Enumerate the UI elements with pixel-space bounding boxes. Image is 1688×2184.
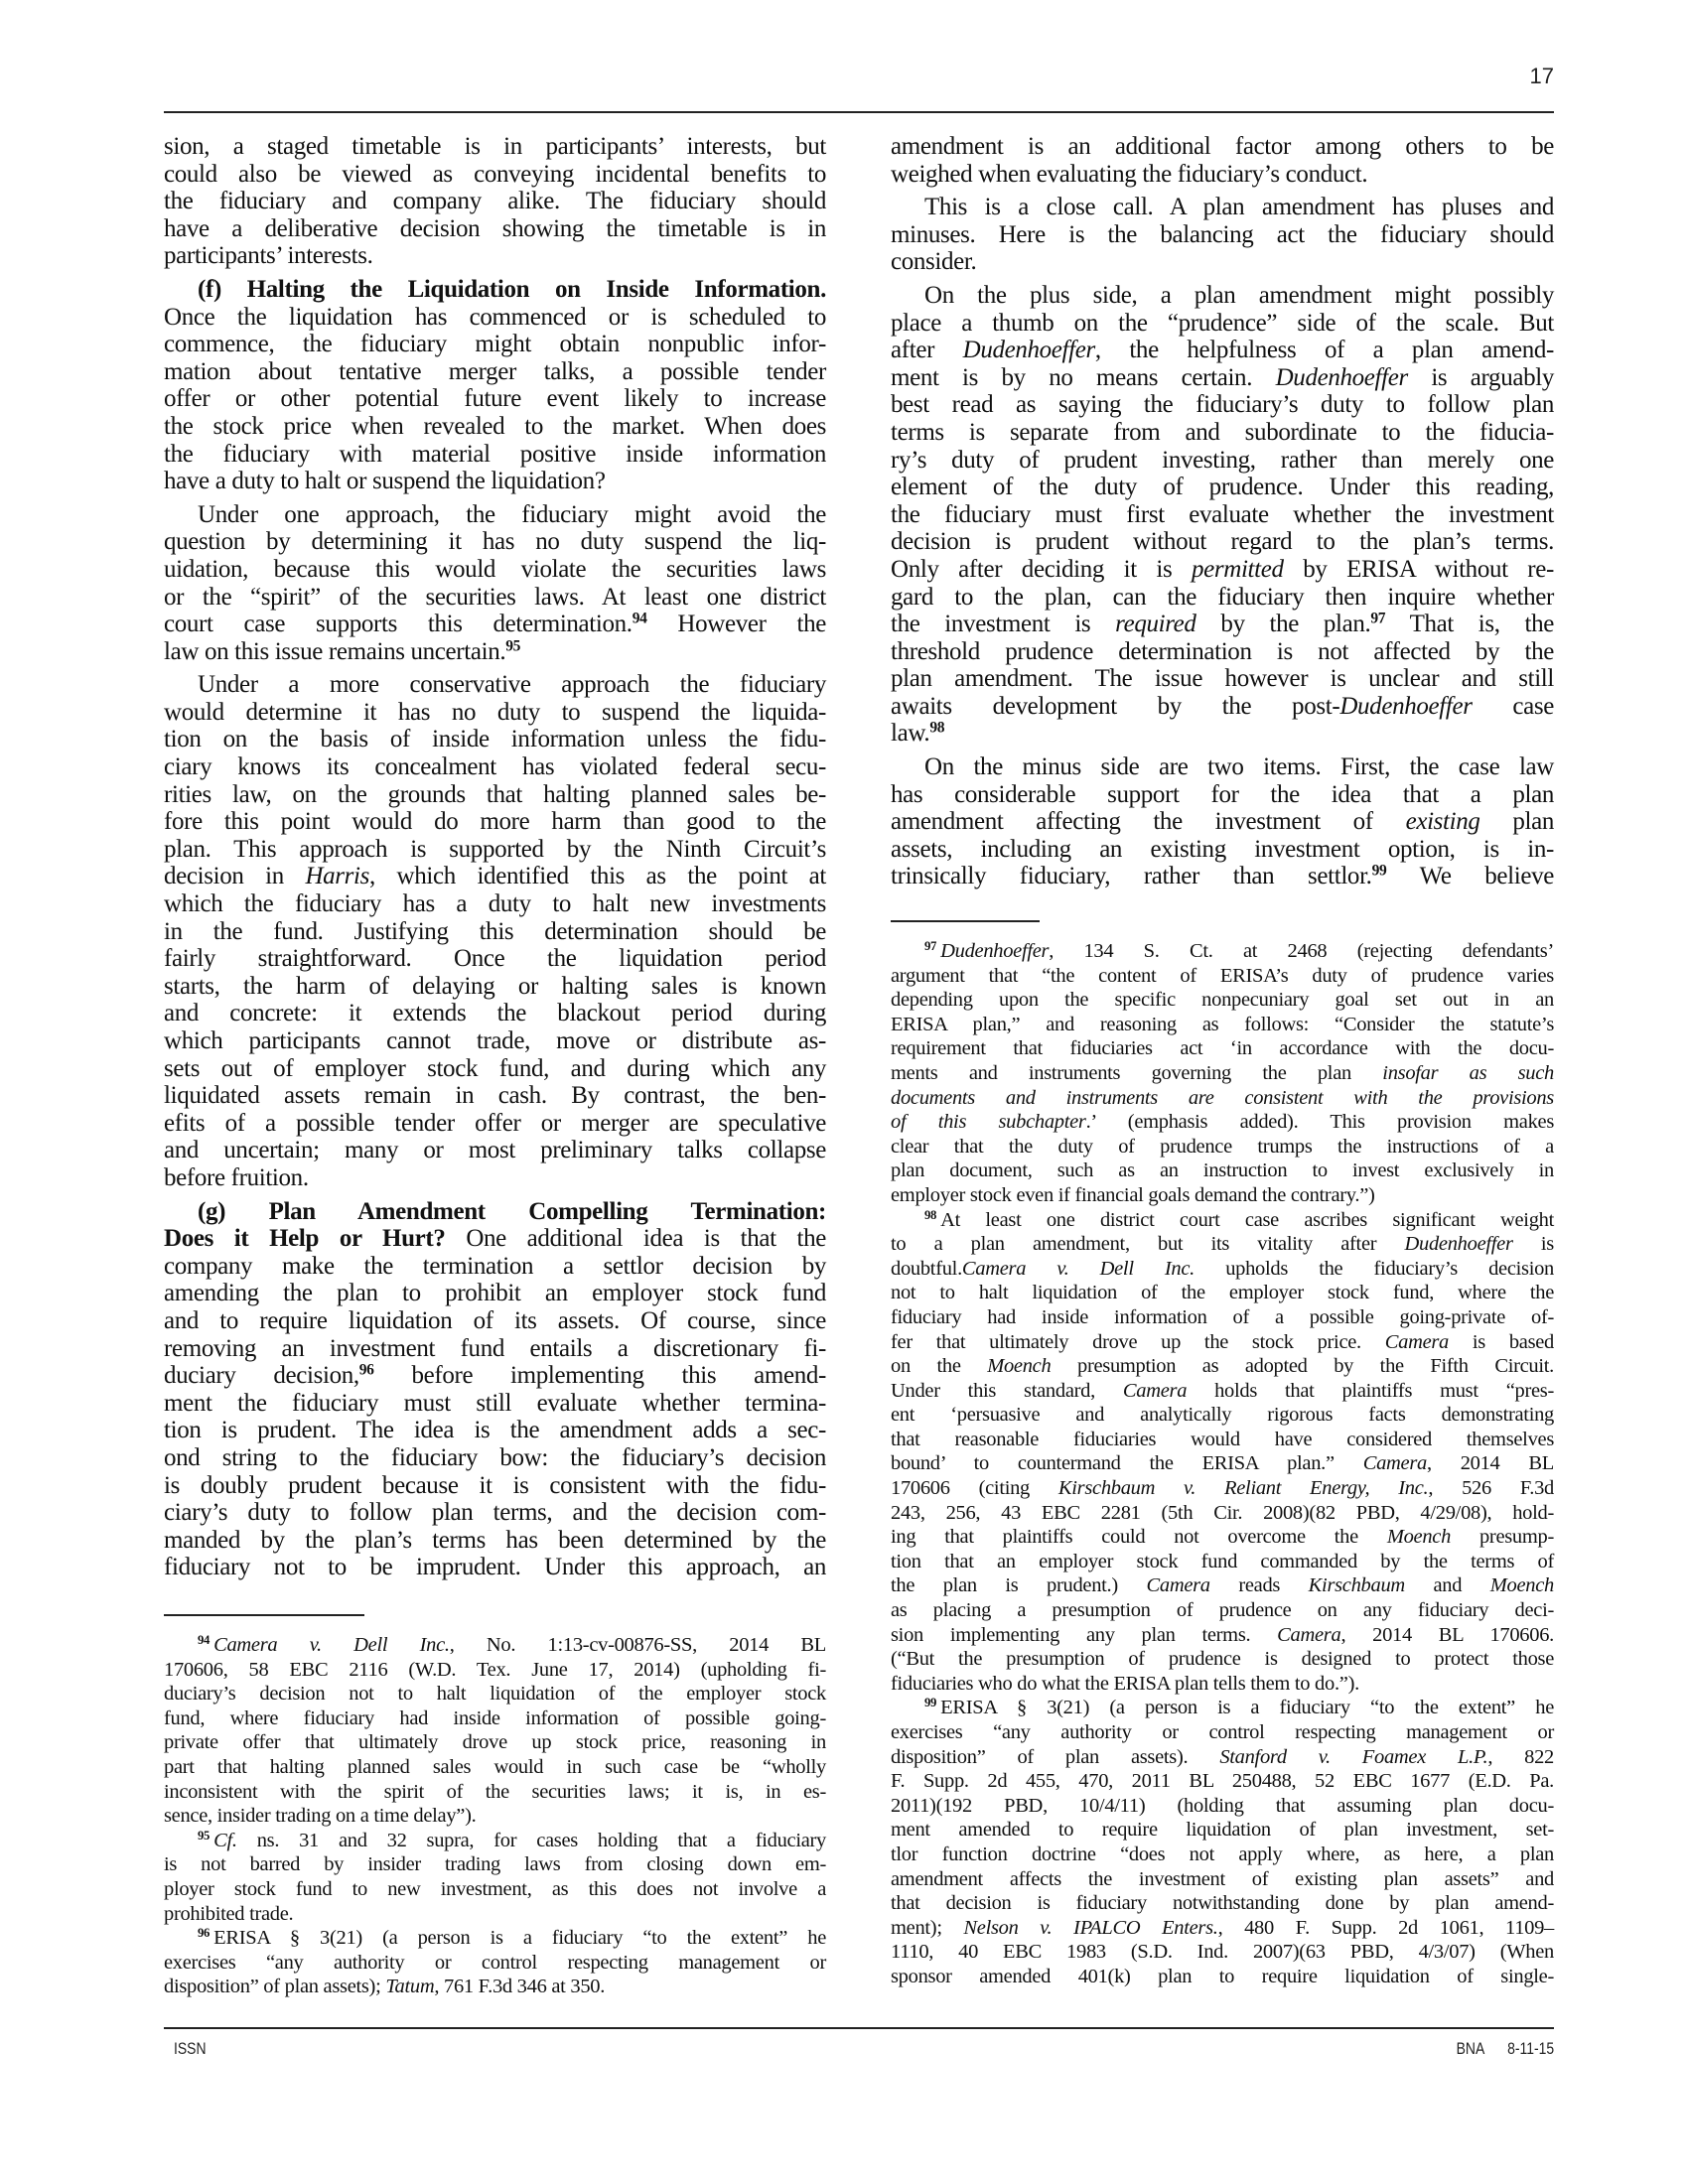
text-run[interactable]: However the bbox=[647, 611, 826, 637]
text-run[interactable]: 170606 (citing bbox=[891, 1477, 1058, 1499]
text-run[interactable]: , 526 F.3d bbox=[1428, 1477, 1554, 1499]
text-run[interactable]: tlor function doctrine “does not apply w… bbox=[891, 1843, 1554, 1865]
section-heading: (f) Halting the Liquidation on Inside In… bbox=[198, 276, 826, 303]
text-run[interactable]: weighed when evaluating the fiduciary’s … bbox=[891, 161, 1367, 188]
text-line: participants’ interests. bbox=[164, 242, 826, 270]
footnote-96: 96ERISA § 3(21) (a person is a fiduciary… bbox=[164, 1926, 826, 1999]
text-run[interactable]: ry’s duty of prudent investing, rather t… bbox=[891, 447, 1554, 474]
text-run[interactable]: plan. This approach is supported by the … bbox=[164, 836, 826, 863]
text-line: ment amended to require liquidation of p… bbox=[891, 1818, 1554, 1843]
text-line: fiduciary had inside information of a po… bbox=[891, 1305, 1554, 1330]
text-run[interactable]: ments and instruments governing the plan bbox=[891, 1062, 1382, 1084]
text-run[interactable]: disposition” of plan assets). bbox=[891, 1746, 1219, 1768]
text-run[interactable]: by ERISA without re- bbox=[1284, 556, 1554, 583]
text-run[interactable]: Once the liquidation has commenced or is… bbox=[164, 304, 826, 331]
text-line: ond string to the fiduciary bow: the fid… bbox=[164, 1444, 826, 1472]
italic-citation: Dudenhoeffer bbox=[1405, 1233, 1513, 1255]
italic-citation: Kirschbaum bbox=[1309, 1574, 1405, 1596]
text-run[interactable]: the fiduciary and company alike. The fid… bbox=[164, 188, 826, 214]
text-run[interactable]: ciary’s duty to follow plan terms, and t… bbox=[164, 1499, 826, 1526]
text-run[interactable]: employer stock even if financial goals d… bbox=[891, 1184, 1375, 1206]
left-footnotes: 94Camera v. Dell Inc., No. 1:13-cv-00876… bbox=[164, 1633, 826, 1999]
text-run[interactable]: , 2014 BL 170606. bbox=[1340, 1624, 1554, 1646]
text-run[interactable]: and uncertain; many or most preliminary … bbox=[164, 1137, 826, 1163]
text-line: 95Cf. ns. 31 and 32 supra, for cases hol… bbox=[164, 1829, 826, 1853]
italic-citation: Camera v. Dell Inc. bbox=[962, 1258, 1195, 1280]
text-run[interactable]: We believe bbox=[1386, 863, 1554, 889]
paragraph: amendment is an additional factor among … bbox=[891, 133, 1554, 188]
text-run[interactable]: plan bbox=[1480, 808, 1554, 835]
paragraph: On the plus side, a plan amendment might… bbox=[891, 282, 1554, 748]
text-line: 98At least one district court case ascri… bbox=[891, 1208, 1554, 1233]
text-run[interactable]: fiduciary had inside information of a po… bbox=[891, 1306, 1554, 1328]
text-line: assets, including an existing investment… bbox=[891, 836, 1554, 864]
footnote-reference[interactable]: 97 bbox=[1370, 611, 1385, 627]
text-run[interactable]: prohibited trade. bbox=[164, 1903, 293, 1925]
text-run[interactable]: participants’ interests. bbox=[164, 242, 373, 269]
section-heading: Does it Help or Hurt? bbox=[164, 1225, 446, 1252]
text-run[interactable]: is based bbox=[1449, 1331, 1554, 1353]
italic-citation: documents and instruments are consistent… bbox=[891, 1087, 1554, 1109]
text-line: 1110, 40 EBC 1983 (S.D. Ind. 2007)(63 PB… bbox=[891, 1940, 1554, 1965]
text-line: amendment affecting the investment of ex… bbox=[891, 808, 1554, 836]
text-line: the plan is prudent.) Camera reads Kirsc… bbox=[891, 1573, 1554, 1598]
italic-citation: Camera bbox=[1147, 1574, 1210, 1596]
text-line: (f) Halting the Liquidation on Inside In… bbox=[164, 276, 826, 304]
italic-citation: Camera bbox=[1385, 1331, 1449, 1353]
text-line: awaits development by the post-Dudenhoef… bbox=[891, 693, 1554, 721]
text-run[interactable]: amendment is an additional factor among … bbox=[891, 133, 1554, 160]
text-run[interactable]: ond string to the fiduciary bow: the fid… bbox=[164, 1444, 826, 1471]
text-run[interactable]: gard to the plan, can the fiduciary then… bbox=[891, 584, 1554, 611]
text-line: mation about tentative merger talks, a p… bbox=[164, 358, 826, 386]
text-run[interactable]: and to require liquidation of its assets… bbox=[164, 1307, 826, 1334]
italic-citation: Camera v. Dell Inc. bbox=[213, 1634, 450, 1656]
text-line: has considerable support for the idea th… bbox=[891, 781, 1554, 809]
text-run[interactable]: , No. 1:13-cv-00876-SS, 2014 BL bbox=[450, 1634, 826, 1656]
text-line: disposition” of plan assets). Stanford v… bbox=[891, 1745, 1554, 1770]
text-line: question by determining it has no duty s… bbox=[164, 528, 826, 556]
text-line: (“But the presumption of prudence is des… bbox=[891, 1647, 1554, 1672]
text-run[interactable]: uidation, because this would violate the… bbox=[164, 556, 826, 583]
text-run[interactable]: law on this issue remains uncertain. bbox=[164, 638, 505, 665]
text-line: of this subchapter.’ (emphasis added). T… bbox=[891, 1110, 1554, 1135]
text-run[interactable]: have a deliberative decision showing the… bbox=[164, 215, 826, 242]
text-line: doubtful.Camera v. Dell Inc. upholds the… bbox=[891, 1257, 1554, 1282]
text-run[interactable]: 2011)(192 PBD, 10/4/11) (holding that as… bbox=[891, 1795, 1554, 1817]
text-run[interactable]: awaits development by the post- bbox=[891, 693, 1339, 720]
text-line: the fiduciary and company alike. The fid… bbox=[164, 188, 826, 215]
text-run[interactable]: .’ (emphasis added). This provision make… bbox=[1086, 1111, 1554, 1133]
text-run[interactable]: , 822 bbox=[1487, 1746, 1554, 1768]
text-line: fore this point would do more harm than … bbox=[164, 808, 826, 836]
text-run[interactable]: as placing a presumption of prudence on … bbox=[891, 1599, 1554, 1621]
text-run[interactable]: is arguably bbox=[1408, 364, 1554, 391]
text-run[interactable]: in the fund. Justifying this determinati… bbox=[164, 918, 826, 945]
text-run[interactable]: manded by the plan’s terms has been dete… bbox=[164, 1527, 826, 1554]
text-line: the fiduciary with material positive ins… bbox=[164, 441, 826, 469]
text-run[interactable]: and concrete: it extends the blackout pe… bbox=[164, 1000, 826, 1026]
text-run[interactable]: sponsor amended 401(k) plan to require l… bbox=[891, 1966, 1554, 1987]
text-line: duciary decision,96 before implementing … bbox=[164, 1362, 826, 1390]
italic-citation: Moench bbox=[987, 1355, 1051, 1377]
text-line: ciary’s duty to follow plan terms, and t… bbox=[164, 1499, 826, 1527]
text-run[interactable]: ERISA § 3(21) (a person is a fiduciary “… bbox=[213, 1927, 826, 1949]
text-line: 243, 256, 43 EBC 2281 (5th Cir. 2008)(82… bbox=[891, 1501, 1554, 1526]
text-run[interactable]: rities law, on the grounds that halting … bbox=[164, 781, 826, 808]
text-run[interactable]: which the fiduciary has a duty to halt n… bbox=[164, 890, 826, 917]
text-run[interactable]: or the “spirit” of the securities laws. … bbox=[164, 584, 826, 611]
text-line: Under a more conservative approach the f… bbox=[164, 671, 826, 699]
text-run[interactable]: before fruition. bbox=[164, 1164, 309, 1191]
text-run[interactable]: At least one district court case ascribe… bbox=[940, 1209, 1554, 1231]
footnote-reference[interactable]: 99 bbox=[1372, 863, 1387, 880]
text-run[interactable]: assets, including an existing investment… bbox=[891, 836, 1554, 863]
text-line: the stock price when revealed to the mar… bbox=[164, 413, 826, 441]
text-run[interactable]: fer that ultimately drove up the stock p… bbox=[891, 1331, 1385, 1353]
text-run[interactable]: disposition” of plan assets); bbox=[164, 1976, 385, 1997]
text-line: ment); Nelson v. IPALCO Enters., 480 F. … bbox=[891, 1916, 1554, 1941]
text-run[interactable]: sence, insider trading on a time delay”)… bbox=[164, 1805, 476, 1827]
text-run[interactable]: ment is by no means certain. bbox=[891, 364, 1276, 391]
text-run[interactable]: trinsically fiduciary, rather than settl… bbox=[891, 863, 1372, 889]
text-line: sets out of employer stock fund, and dur… bbox=[164, 1055, 826, 1083]
text-line: exercises “any authority or control resp… bbox=[891, 1720, 1554, 1745]
italic-citation: of this subchapter bbox=[891, 1111, 1086, 1133]
text-run[interactable]: the plan is prudent.) bbox=[891, 1574, 1147, 1596]
paragraph: sion, a staged timetable is in participa… bbox=[164, 133, 826, 270]
text-run[interactable]: is doubly prudent because it is consiste… bbox=[164, 1472, 826, 1499]
text-line: the fiduciary must first evaluate whethe… bbox=[891, 501, 1554, 529]
text-run[interactable]: One additional idea is that the bbox=[446, 1225, 826, 1252]
italic-citation: existing bbox=[1406, 808, 1480, 835]
text-line: that decision is fiduciary notwithstandi… bbox=[891, 1891, 1554, 1916]
text-run[interactable]: , the helpfulness of a plan amend- bbox=[1095, 337, 1554, 363]
text-line: sion implementing any plan terms. Camera… bbox=[891, 1623, 1554, 1648]
text-line: 2011)(192 PBD, 10/4/11) (holding that as… bbox=[891, 1794, 1554, 1819]
text-run[interactable]: fairly straightforward. Once the liquida… bbox=[164, 945, 826, 972]
text-line: fiduciaries who do what the ERISA plan t… bbox=[891, 1672, 1554, 1697]
text-run[interactable]: consider. bbox=[891, 248, 976, 275]
text-line: to a plan amendment, but its vitality af… bbox=[891, 1232, 1554, 1257]
text-run[interactable]: the stock price when revealed to the mar… bbox=[164, 413, 826, 440]
text-run[interactable]: duciary decision, bbox=[164, 1362, 359, 1389]
text-line: and concrete: it extends the blackout pe… bbox=[164, 1000, 826, 1027]
text-run[interactable]: case bbox=[1473, 693, 1554, 720]
text-run[interactable]: removing an investment fund entails a di… bbox=[164, 1335, 826, 1362]
text-run[interactable]: Under this standard, bbox=[891, 1380, 1123, 1402]
text-line: could also be viewed as conveying incide… bbox=[164, 161, 826, 189]
text-line: (g) Plan Amendment Compelling Terminatio… bbox=[164, 1198, 826, 1226]
italic-citation: Dudenhoeffer bbox=[963, 337, 1095, 363]
text-line: trinsically fiduciary, rather than settl… bbox=[891, 863, 1554, 890]
text-line: court case supports this determination.9… bbox=[164, 611, 826, 638]
text-line: or the “spirit” of the securities laws. … bbox=[164, 584, 826, 612]
text-run[interactable]: On the minus side are two items. First, … bbox=[924, 753, 1554, 780]
text-line: Under this standard, Camera holds that p… bbox=[891, 1379, 1554, 1404]
right-footnote-separator bbox=[891, 920, 1040, 922]
text-line: plan amendment. The issue however is unc… bbox=[891, 665, 1554, 693]
text-line: tion that an employer stock fund command… bbox=[891, 1550, 1554, 1574]
text-line: depending upon the specific nonpecuniary… bbox=[891, 988, 1554, 1013]
text-line: is not barred by insider trading laws fr… bbox=[164, 1852, 826, 1877]
text-run[interactable]: plan amendment. The issue however is unc… bbox=[891, 665, 1554, 692]
text-run[interactable]: by the plan. bbox=[1196, 611, 1371, 637]
text-run[interactable]: on the bbox=[891, 1355, 987, 1377]
text-run[interactable]: sion implementing any plan terms. bbox=[891, 1624, 1277, 1646]
footnote-reference[interactable]: 96 bbox=[359, 1362, 374, 1379]
paragraph: (f) Halting the Liquidation on Inside In… bbox=[164, 276, 826, 495]
italic-citation: Moench bbox=[1387, 1526, 1451, 1548]
text-run[interactable]: question by determining it has no duty s… bbox=[164, 528, 826, 555]
text-line: Once the liquidation has commenced or is… bbox=[164, 304, 826, 332]
italic-citation: Dudenhoeffer bbox=[940, 940, 1049, 962]
text-line: plan document, such as an instruction to… bbox=[891, 1159, 1554, 1183]
text-run[interactable]: F. Supp. 2d 455, 470, 2011 BL 250488, 52… bbox=[891, 1770, 1554, 1792]
text-run[interactable]: argument that “the content of ERISA’s du… bbox=[891, 965, 1554, 987]
text-run[interactable]: terms is separate from and subordinate t… bbox=[891, 419, 1554, 446]
text-line: liquidated assets remain in cash. By con… bbox=[164, 1082, 826, 1110]
text-line: consider. bbox=[891, 248, 1554, 276]
text-run[interactable]: could also be viewed as conveying incide… bbox=[164, 161, 826, 188]
text-run[interactable]: minuses. Here is the balancing act the f… bbox=[891, 221, 1554, 248]
text-run[interactable]: amendment affects the investment of exis… bbox=[891, 1868, 1554, 1890]
text-run[interactable]: exercises “any authority or control resp… bbox=[164, 1952, 826, 1974]
text-run[interactable]: ERISA § 3(21) (a person is a fiduciary “… bbox=[940, 1697, 1554, 1718]
text-run[interactable]: bound’ to countermand the ERISA plan.” bbox=[891, 1452, 1363, 1474]
text-run[interactable]: the fiduciary with material positive ins… bbox=[164, 441, 826, 468]
footnote-reference[interactable]: 95 bbox=[505, 637, 520, 654]
text-line: ment is by no means certain. Dudenhoeffe… bbox=[891, 364, 1554, 392]
text-run[interactable]: decision is prudent without regard to th… bbox=[891, 528, 1554, 555]
text-run[interactable]: amendment affecting the investment of bbox=[891, 808, 1406, 835]
text-run[interactable]: presump- bbox=[1451, 1526, 1554, 1548]
text-run[interactable]: That is, the bbox=[1385, 611, 1554, 637]
text-line: This is a close call. A plan amendment h… bbox=[891, 194, 1554, 221]
text-line: tlor function doctrine “does not apply w… bbox=[891, 1843, 1554, 1867]
text-run[interactable]: would determine it has no duty to suspen… bbox=[164, 699, 826, 726]
text-run[interactable]: offer or other potential future event li… bbox=[164, 385, 826, 412]
text-run[interactable]: the fiduciary must first evaluate whethe… bbox=[891, 501, 1554, 528]
text-run[interactable]: to a plan amendment, but its vitality af… bbox=[891, 1233, 1405, 1255]
text-line: threshold prudence determination is not … bbox=[891, 638, 1554, 666]
footnote-reference[interactable]: 94 bbox=[633, 611, 647, 627]
text-line: decision in Harris, which identified thi… bbox=[164, 863, 826, 890]
text-line: that reasonable fiduciaries would have c… bbox=[891, 1428, 1554, 1452]
text-run[interactable]: Under a more conservative approach the f… bbox=[198, 671, 826, 698]
text-run[interactable]: ERISA plan,” and reasoning as follows: “… bbox=[891, 1014, 1554, 1035]
text-run[interactable]: ment the fiduciary must still evaluate w… bbox=[164, 1390, 826, 1417]
text-line: bound’ to countermand the ERISA plan.” C… bbox=[891, 1451, 1554, 1476]
text-run[interactable]: tion is prudent. The idea is the amendme… bbox=[164, 1417, 826, 1443]
section-heading: (g) Plan Amendment Compelling Terminatio… bbox=[198, 1198, 826, 1225]
left-column: sion, a staged timetable is in participa… bbox=[164, 0, 826, 2025]
text-run[interactable]: ent ‘persuasive and analytically rigorou… bbox=[891, 1404, 1554, 1426]
text-run[interactable]: fiduciaries who do what the ERISA plan t… bbox=[891, 1673, 1359, 1695]
text-line: prohibited trade. bbox=[164, 1902, 826, 1927]
text-run[interactable]: which participants cannot trade, move or… bbox=[164, 1027, 826, 1054]
text-line: tion is prudent. The idea is the amendme… bbox=[164, 1417, 826, 1444]
paragraph: (g) Plan Amendment Compelling Terminatio… bbox=[164, 1198, 826, 1581]
text-run[interactable]: fiduciary not to be imprudent. Under thi… bbox=[164, 1554, 826, 1580]
text-line: and to require liquidation of its assets… bbox=[164, 1307, 826, 1335]
paragraph: Under a more conservative approach the f… bbox=[164, 671, 826, 1191]
left-body-text: sion, a staged timetable is in participa… bbox=[164, 133, 826, 1581]
text-run[interactable]: presumption as adopted by the Fifth Circ… bbox=[1051, 1355, 1554, 1377]
text-run[interactable]: that reasonable fiduciaries would have c… bbox=[891, 1429, 1554, 1450]
text-line: before fruition. bbox=[164, 1164, 826, 1192]
text-line: on the Moench presumption as adopted by … bbox=[891, 1354, 1554, 1379]
text-line: in the fund. Justifying this determinati… bbox=[164, 918, 826, 946]
text-line: is doubly prudent because it is consiste… bbox=[164, 1472, 826, 1500]
text-run[interactable]: 1110, 40 EBC 1983 (S.D. Ind. 2007)(63 PB… bbox=[891, 1941, 1554, 1963]
text-run[interactable]: law. bbox=[891, 720, 929, 747]
text-line: 170606, 58 EBC 2116 (W.D. Tex. June 17, … bbox=[164, 1658, 826, 1683]
text-run[interactable]: ns. 31 and 32 supra, for cases holding t… bbox=[237, 1830, 826, 1851]
text-run[interactable]: that decision is fiduciary notwithstandi… bbox=[891, 1892, 1554, 1914]
issn-label: ISSN bbox=[174, 2039, 207, 2059]
footnote-number: 95 bbox=[198, 1829, 210, 1843]
text-run[interactable]: ing that plaintiffs could not overcome t… bbox=[891, 1526, 1387, 1548]
text-run[interactable]: , 761 F.3d 346 at 350. bbox=[434, 1976, 605, 1997]
text-line: manded by the plan’s terms has been dete… bbox=[164, 1527, 826, 1555]
text-run[interactable]: private offer that ultimately drove up s… bbox=[164, 1731, 826, 1753]
text-line: weighed when evaluating the fiduciary’s … bbox=[891, 161, 1554, 189]
text-run[interactable]: (“But the presumption of prudence is des… bbox=[891, 1648, 1554, 1670]
text-run[interactable]: ment); bbox=[891, 1917, 963, 1939]
text-line: inconsistent with the spirit of the secu… bbox=[164, 1780, 826, 1805]
italic-citation: required bbox=[1115, 611, 1196, 637]
text-run[interactable]: starts, the harm of delaying or halting … bbox=[164, 973, 826, 1000]
text-line: minuses. Here is the balancing act the f… bbox=[891, 221, 1554, 249]
text-run[interactable]: exercises “any authority or control resp… bbox=[891, 1721, 1554, 1743]
text-run[interactable]: tion that an employer stock fund command… bbox=[891, 1551, 1554, 1572]
text-line: which participants cannot trade, move or… bbox=[164, 1027, 826, 1055]
text-run[interactable]: sets out of employer stock fund, and dur… bbox=[164, 1055, 826, 1082]
text-run[interactable]: company make the termination a settlor d… bbox=[164, 1253, 826, 1280]
text-line: clear that the duty of prudence trumps t… bbox=[891, 1135, 1554, 1160]
italic-citation: Tatum bbox=[385, 1976, 434, 1997]
text-run[interactable]: , 2014 BL bbox=[1427, 1452, 1554, 1474]
text-line: sence, insider trading on a time delay”)… bbox=[164, 1804, 826, 1829]
text-line: exercises “any authority or control resp… bbox=[164, 1951, 826, 1976]
text-run[interactable]: Only after deciding it is bbox=[891, 556, 1192, 583]
text-line: part that halting planned sales would in… bbox=[164, 1755, 826, 1780]
text-run[interactable]: liquidated assets remain in cash. By con… bbox=[164, 1082, 826, 1109]
text-line: ments and instruments governing the plan… bbox=[891, 1061, 1554, 1086]
text-line: ployer stock fund to new investment, as … bbox=[164, 1877, 826, 1902]
text-run[interactable]: Under one approach, the fiduciary might … bbox=[198, 501, 826, 528]
italic-citation: Nelson v. IPALCO Enters. bbox=[963, 1917, 1217, 1939]
text-run[interactable]: ployer stock fund to new investment, as … bbox=[164, 1878, 826, 1900]
text-run[interactable]: , 134 S. Ct. at 2468 (rejecting defendan… bbox=[1049, 940, 1554, 962]
italic-citation: Cf. bbox=[213, 1830, 237, 1851]
text-line: starts, the harm of delaying or halting … bbox=[164, 973, 826, 1001]
italic-citation: Camera bbox=[1277, 1624, 1340, 1646]
text-run[interactable]: fund, where fiduciary had inside informa… bbox=[164, 1707, 826, 1729]
text-line: place a thumb on the “prudence” side of … bbox=[891, 310, 1554, 338]
italic-citation: permitted bbox=[1192, 556, 1284, 583]
text-run[interactable]: mation about tentative merger talks, a p… bbox=[164, 358, 826, 385]
text-run[interactable]: tion on the basis of inside information … bbox=[164, 726, 826, 752]
text-run[interactable]: part that halting planned sales would in… bbox=[164, 1756, 826, 1778]
text-line: On the minus side are two items. First, … bbox=[891, 753, 1554, 781]
text-run[interactable]: 170606, 58 EBC 2116 (W.D. Tex. June 17, … bbox=[164, 1659, 826, 1681]
text-run[interactable]: reads bbox=[1210, 1574, 1309, 1596]
footnote-reference[interactable]: 98 bbox=[929, 720, 944, 737]
text-line: commence, the fiduciary might obtain non… bbox=[164, 331, 826, 358]
text-run[interactable]: fore this point would do more harm than … bbox=[164, 808, 826, 835]
text-line: as placing a presumption of prudence on … bbox=[891, 1598, 1554, 1623]
text-line: duciary’s decision not to halt liquidati… bbox=[164, 1682, 826, 1706]
italic-citation: Stanford v. Foamex L.P. bbox=[1219, 1746, 1487, 1768]
text-line: the investment is required by the plan.9… bbox=[891, 611, 1554, 638]
text-run[interactable]: inconsistent with the spirit of the secu… bbox=[164, 1781, 826, 1803]
text-run[interactable]: is bbox=[1513, 1233, 1554, 1255]
text-run[interactable]: have a duty to halt or suspend the liqui… bbox=[164, 468, 606, 494]
text-run[interactable]: element of the duty of prudence. Under t… bbox=[891, 474, 1554, 500]
text-run[interactable]: 243, 256, 43 EBC 2281 (5th Cir. 2008)(82… bbox=[891, 1502, 1554, 1524]
text-run[interactable]: upholds the fiduciary’s decision bbox=[1195, 1258, 1554, 1280]
text-line: ment the fiduciary must still evaluate w… bbox=[164, 1390, 826, 1418]
text-run[interactable]: has considerable support for the idea th… bbox=[891, 781, 1554, 808]
footnote-number: 94 bbox=[198, 1633, 210, 1647]
italic-citation: Camera bbox=[1363, 1452, 1427, 1474]
text-run[interactable]: clear that the duty of prudence trumps t… bbox=[891, 1136, 1554, 1158]
text-line: amendment affects the investment of exis… bbox=[891, 1867, 1554, 1892]
text-run[interactable]: place a thumb on the “prudence” side of … bbox=[891, 310, 1554, 337]
text-run[interactable]: duciary’s decision not to halt liquidati… bbox=[164, 1683, 826, 1705]
text-line: element of the duty of prudence. Under t… bbox=[891, 474, 1554, 501]
text-line: law on this issue remains uncertain.95 bbox=[164, 638, 826, 666]
text-line: ry’s duty of prudent investing, rather t… bbox=[891, 447, 1554, 475]
text-run[interactable]: court case supports this determination. bbox=[164, 611, 633, 637]
text-run[interactable]: decision in bbox=[164, 863, 305, 889]
paragraph: Under one approach, the fiduciary might … bbox=[164, 501, 826, 666]
text-run[interactable]: efits of a possible tender offer or merg… bbox=[164, 1110, 826, 1137]
text-run[interactable]: after bbox=[891, 337, 963, 363]
text-run[interactable]: ciary knows its concealment has violated… bbox=[164, 753, 826, 780]
text-run[interactable]: This is a close call. A plan amendment h… bbox=[924, 194, 1554, 220]
text-run[interactable]: before implementing this amend- bbox=[374, 1362, 826, 1389]
text-run[interactable]: requirement that fiduciaries act ‘in acc… bbox=[891, 1037, 1554, 1059]
text-run[interactable]: best read as saying the fiduciary’s duty… bbox=[891, 391, 1554, 418]
text-run[interactable]: ment amended to require liquidation of p… bbox=[891, 1819, 1554, 1841]
text-run[interactable]: and bbox=[1405, 1574, 1490, 1596]
footnote-95: 95Cf. ns. 31 and 32 supra, for cases hol… bbox=[164, 1829, 826, 1926]
publisher-date: BNA 8-11-15 bbox=[1457, 2039, 1554, 2059]
footnote-94: 94Camera v. Dell Inc., No. 1:13-cv-00876… bbox=[164, 1633, 826, 1829]
text-run[interactable]: not to halt liquidation of the employer … bbox=[891, 1282, 1554, 1303]
text-line: ERISA plan,” and reasoning as follows: “… bbox=[891, 1013, 1554, 1037]
text-run[interactable]: depending upon the specific nonpecuniary… bbox=[891, 989, 1554, 1011]
text-run[interactable]: , 480 F. Supp. 2d 1061, 1109– bbox=[1218, 1917, 1554, 1939]
text-run[interactable]: sion, a staged timetable is in participa… bbox=[164, 133, 826, 160]
text-run[interactable]: , which identified this as the point at bbox=[369, 863, 826, 889]
text-run[interactable]: On the plus side, a plan amendment might… bbox=[924, 282, 1554, 309]
text-run[interactable]: holds that plaintiffs must “pres- bbox=[1187, 1380, 1554, 1402]
text-run[interactable]: amending the plan to prohibit an employe… bbox=[164, 1280, 826, 1306]
text-run[interactable]: the investment is bbox=[891, 611, 1115, 637]
text-run[interactable]: threshold prudence determination is not … bbox=[891, 638, 1554, 665]
footnote-97: 97Dudenhoeffer, 134 S. Ct. at 2468 (reje… bbox=[891, 939, 1554, 1208]
text-run[interactable]: commence, the fiduciary might obtain non… bbox=[164, 331, 826, 357]
text-line: have a duty to halt or suspend the liqui… bbox=[164, 468, 826, 495]
text-run[interactable]: plan document, such as an instruction to… bbox=[891, 1160, 1554, 1181]
text-run[interactable]: doubtful. bbox=[891, 1258, 962, 1280]
text-line: plan. This approach is supported by the … bbox=[164, 836, 826, 864]
text-run[interactable]: is not barred by insider trading laws fr… bbox=[164, 1853, 826, 1875]
